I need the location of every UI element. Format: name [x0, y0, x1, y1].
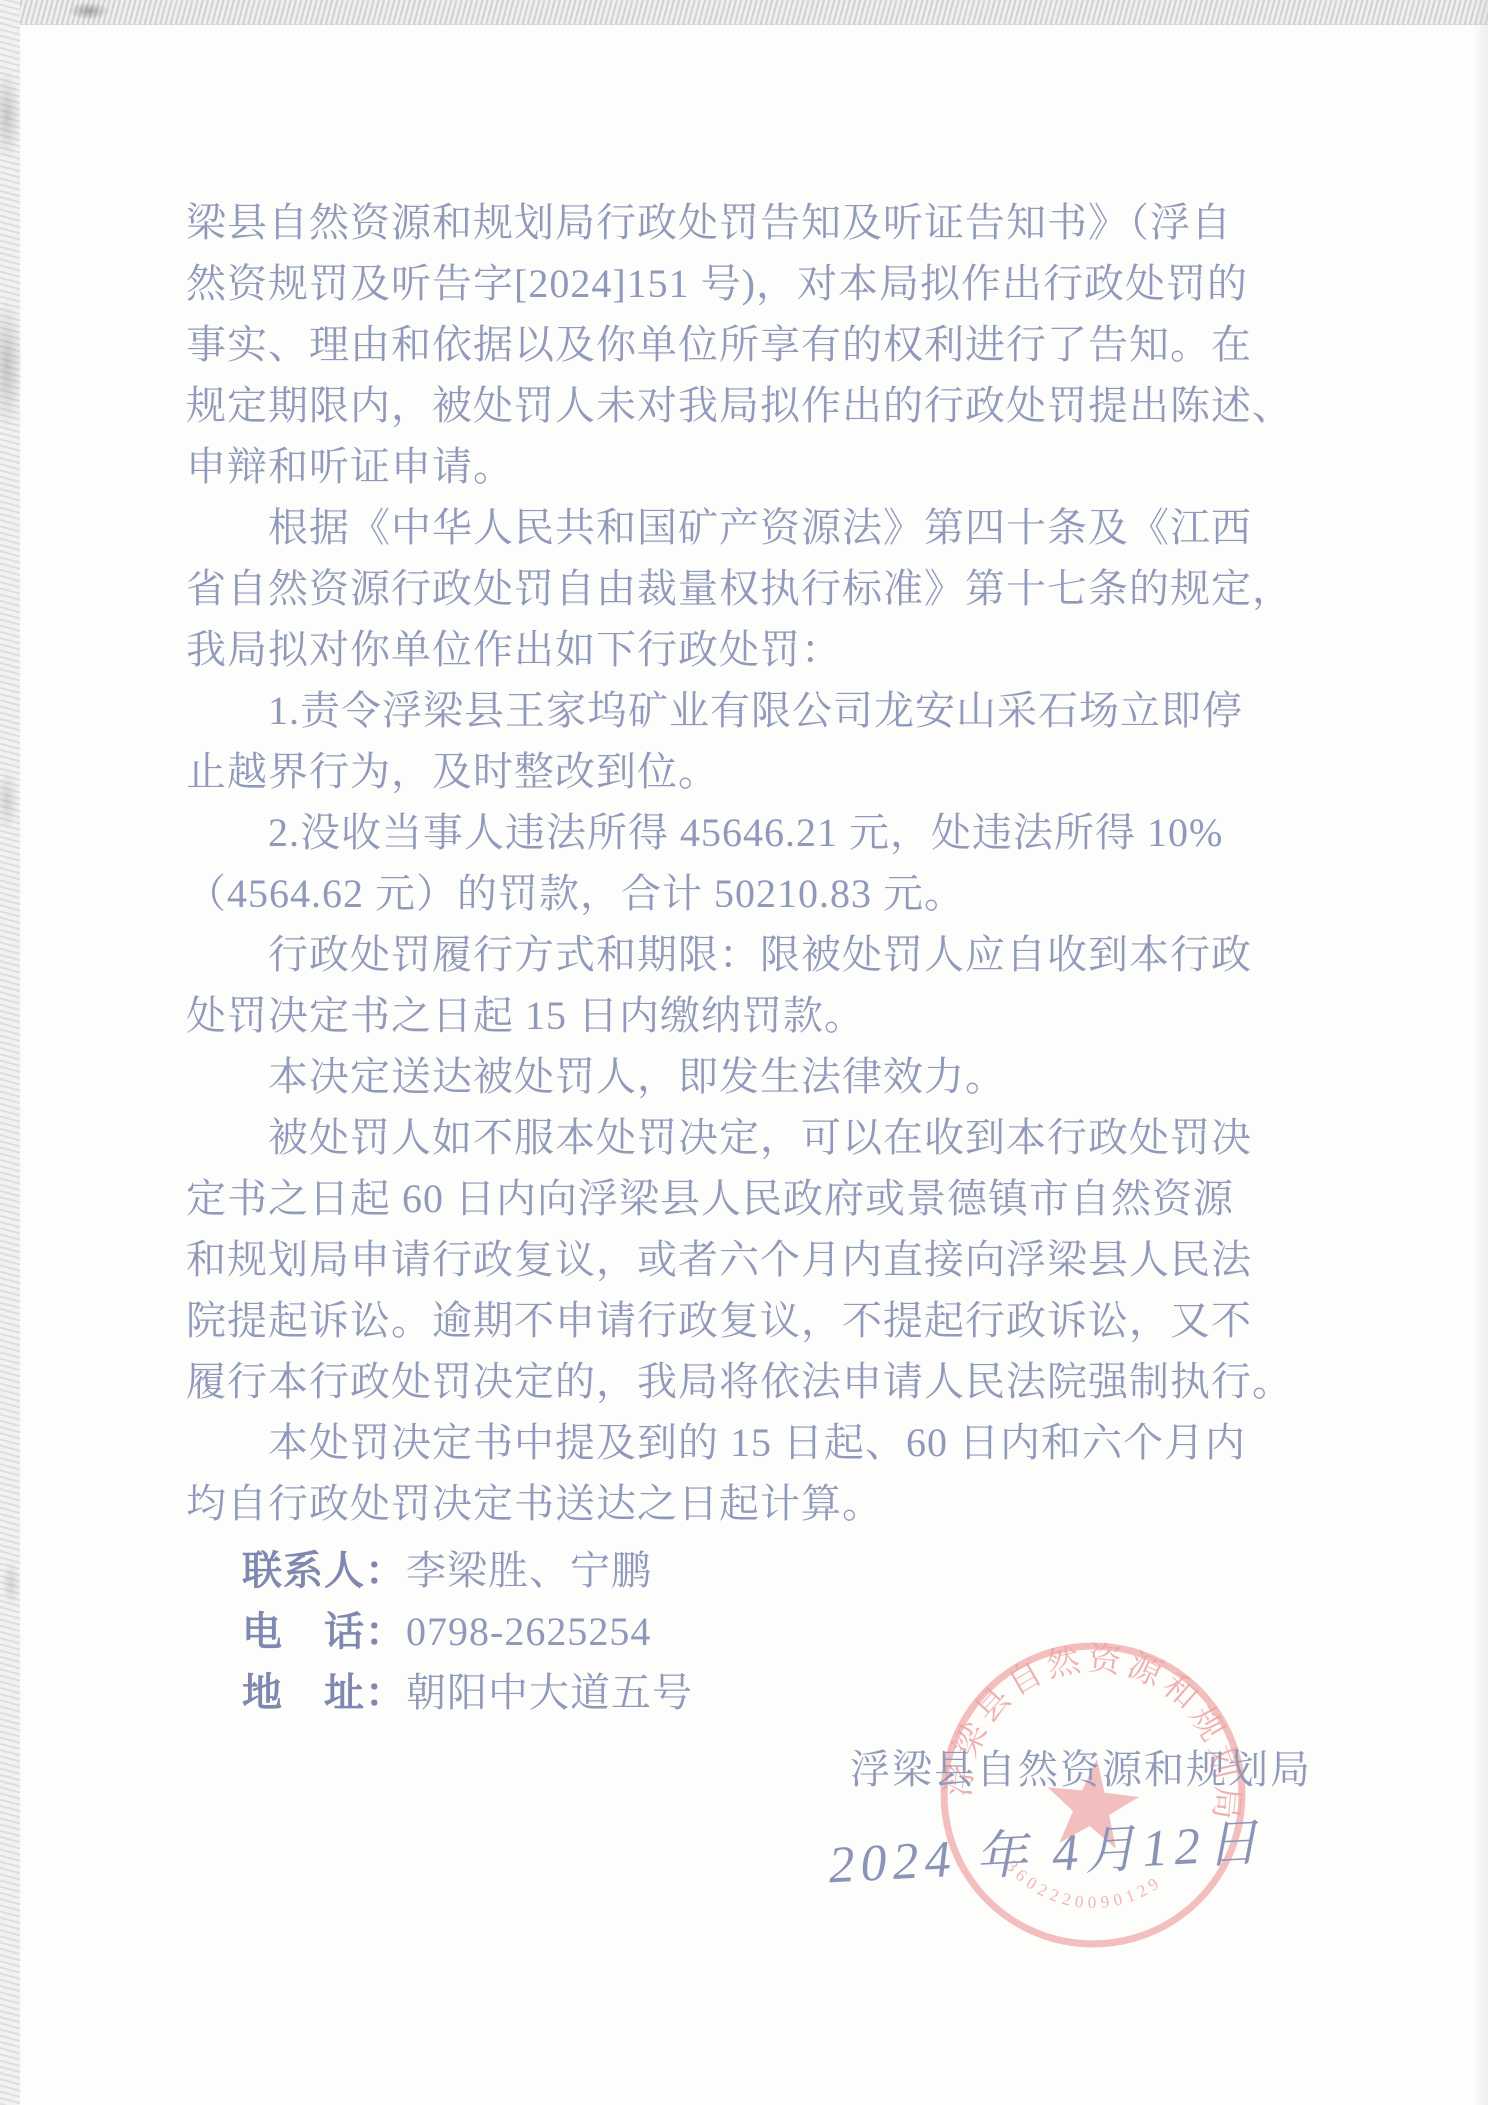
signature-date-handwritten: 2024 年 4月12日	[826, 1800, 1265, 1898]
contact-label: 电 话：	[242, 1609, 406, 1654]
text-line: 本决定送达被处罚人，即发生法律效力。	[186, 1046, 1326, 1107]
text-line: 处罚决定书之日起 15 日内缴纳罚款。	[186, 985, 1326, 1046]
text-line: 事实、理由和依据以及你单位所享有的权利进行了告知。在	[186, 314, 1326, 375]
scanned-document-page: 梁县自然资源和规划局行政处罚告知及听证告知书》（浮自然资规罚及听告字[2024]…	[0, 0, 1488, 2105]
contact-value: 朝阳中大道五号	[406, 1670, 693, 1715]
text-line: 根据《中华人民共和国矿产资源法》第四十条及《江西	[186, 497, 1326, 558]
text-line: 梁县自然资源和规划局行政处罚告知及听证告知书》（浮自	[186, 192, 1326, 253]
contact-block: 联系人：李梁胜、宁鹏电 话：0798-2625254地 址：朝阳中大道五号	[242, 1540, 693, 1723]
text-line: 本处罚决定书中提及到的 15 日起、60 日内和六个月内	[186, 1412, 1326, 1473]
text-line: 申辩和听证申请。	[186, 436, 1326, 497]
scan-edge-top	[0, 0, 1488, 25]
agency-name: 浮梁县自然资源和规划局	[828, 1738, 1312, 1795]
text-line: 2.没收当事人违法所得 45646.21 元，处违法所得 10%	[186, 802, 1326, 863]
signature-block: 浮梁县自然资源和规划局 2024 年 4月12日	[828, 1738, 1312, 1886]
contact-label: 地 址：	[242, 1670, 406, 1715]
contact-row: 电 话：0798-2625254	[242, 1601, 693, 1662]
text-line: 履行本行政处罚决定的，我局将依法申请人民法院强制执行。	[186, 1351, 1326, 1412]
contact-value: 0798-2625254	[406, 1609, 651, 1654]
text-line: （4564.62 元）的罚款，合计 50210.83 元。	[186, 863, 1326, 924]
text-line: 止越界行为，及时整改到位。	[186, 741, 1326, 802]
body-text: 梁县自然资源和规划局行政处罚告知及听证告知书》（浮自然资规罚及听告字[2024]…	[186, 192, 1326, 1534]
text-line: 我局拟对你单位作出如下行政处罚：	[186, 619, 1326, 680]
text-line: 均自行政处罚决定书送达之日起计算。	[186, 1473, 1326, 1534]
text-line: 院提起诉讼。逾期不申请行政复议，不提起行政诉讼，又不	[186, 1290, 1326, 1351]
scan-edge-right	[1472, 0, 1488, 2105]
text-line: 和规划局申请行政复议，或者六个月内直接向浮梁县人民法	[186, 1229, 1326, 1290]
contact-value: 李梁胜、宁鹏	[406, 1548, 652, 1593]
contact-label: 联系人：	[242, 1548, 406, 1593]
text-line: 省自然资源行政处罚自由裁量权执行标准》第十七条的规定，	[186, 558, 1326, 619]
text-line: 被处罚人如不服本处罚决定，可以在收到本行政处罚决	[186, 1107, 1326, 1168]
text-line: 1.责令浮梁县王家坞矿业有限公司龙安山采石场立即停	[186, 680, 1326, 741]
text-line: 规定期限内，被处罚人未对我局拟作出的行政处罚提出陈述、	[186, 375, 1326, 436]
text-line: 定书之日起 60 日内向浮梁县人民政府或景德镇市自然资源	[186, 1168, 1326, 1229]
contact-row: 地 址：朝阳中大道五号	[242, 1662, 693, 1723]
text-line: 行政处罚履行方式和期限：限被处罚人应自收到本行政	[186, 924, 1326, 985]
text-line: 然资规罚及听告字[2024]151 号)，对本局拟作出行政处罚的	[186, 253, 1326, 314]
contact-row: 联系人：李梁胜、宁鹏	[242, 1540, 693, 1601]
scan-edge-left	[0, 0, 20, 2105]
